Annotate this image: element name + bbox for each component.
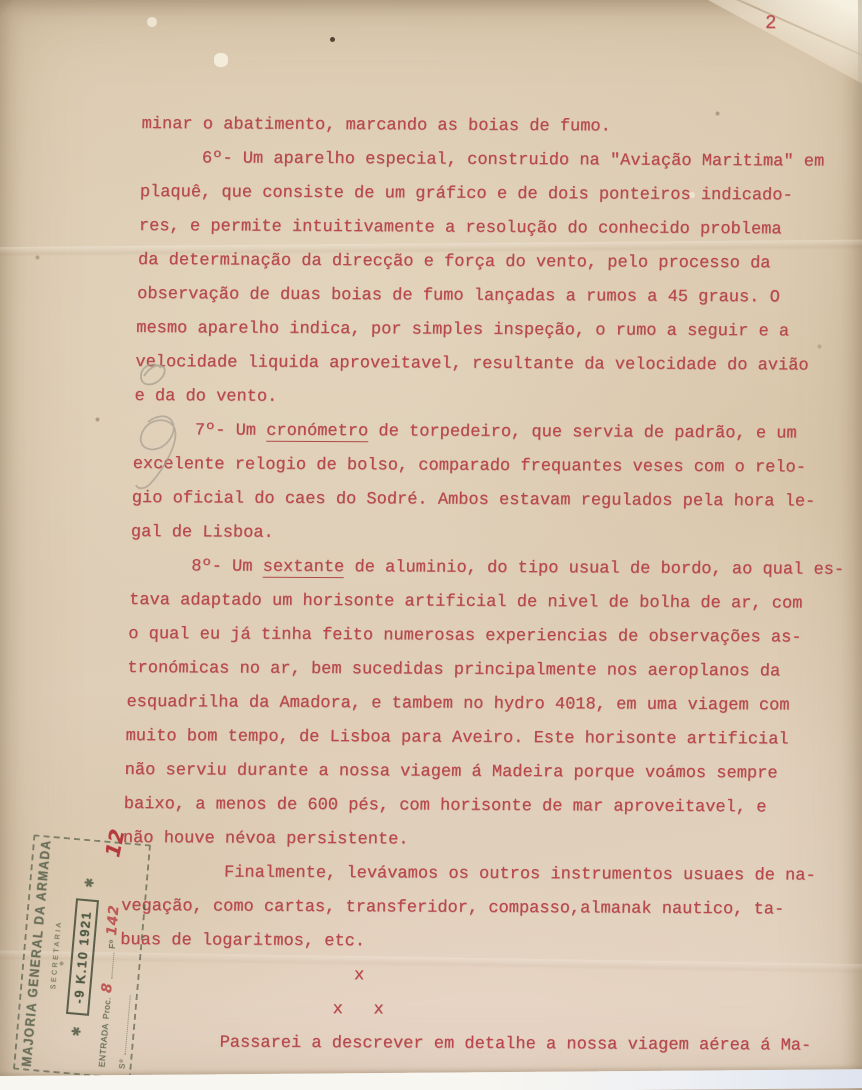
typed-line: minar o abatimento, marcando as boias de… <box>141 108 854 146</box>
typed-line: plaquê, que consiste de um gráfico e de … <box>139 176 852 214</box>
entry-stamp: MAJORIA GENERAL DA ARMADA SECRETARIA ✱ -… <box>13 834 151 1079</box>
stamp-blank-line <box>111 953 114 979</box>
pencil-scribble <box>118 356 190 496</box>
section-label: Sº <box>117 1058 127 1069</box>
proc-label: Proc. <box>100 996 112 1019</box>
typed-line: e da do vento. <box>134 380 847 418</box>
typed-line: observação de duas boias de fumo lançada… <box>137 278 850 316</box>
typed-line: baixo, a menos de 600 pés, com horisonte… <box>123 788 836 826</box>
typed-line: buas de logaritmos, etc. <box>120 924 833 962</box>
typed-line: Passarei a descrever em detalhe a nossa … <box>117 1026 830 1064</box>
handwritten-proc-number: 8 <box>102 982 111 993</box>
asterisk-icon: ✱ <box>82 877 97 888</box>
typed-line: gal de Lisboa. <box>130 516 843 554</box>
stamp-department: SECRETARIA <box>50 920 63 990</box>
typed-line: x x <box>118 992 831 1030</box>
typed-text-block: minar o abatimento, marcando as boias de… <box>117 108 854 1064</box>
stamp-border: MAJORIA GENERAL DA ARMADA SECRETARIA ✱ -… <box>13 834 151 1079</box>
typed-line: 6º- Um aparelho especial, construido na … <box>140 142 853 180</box>
page-number: 2 <box>765 12 776 34</box>
typed-line: velocidade liquida aproveitavel, resulta… <box>135 346 848 384</box>
stamp-blank-line <box>125 996 131 1056</box>
typed-line: o qual eu já tinha feito numerosas exper… <box>128 618 841 656</box>
typed-line: esquadrilha da Amadora, e tambem no hydr… <box>126 686 839 724</box>
folio-label: Fº <box>106 939 117 949</box>
scan-edge-right <box>858 0 862 160</box>
typed-line: vegação, como cartas, transferidor, comp… <box>121 890 834 928</box>
typed-line: da determinação da direcção e força do v… <box>138 244 851 282</box>
stamp-date: -9 K.10 1921 <box>66 899 99 1016</box>
typed-line: res, e permite intuitivamente a resoluçã… <box>138 210 851 248</box>
typed-line: muito bom tempo, de Lisboa para Aveiro. … <box>125 720 838 758</box>
typed-line: 8º- Um sextante de aluminio, do tipo usu… <box>130 550 843 588</box>
typed-line: excelente relogio de bolso, comparado fr… <box>132 448 845 486</box>
stamp-section-row: Sº <box>117 995 132 1069</box>
typed-line: não houve névoa persistente. <box>122 822 835 860</box>
entrada-label: ENTRADA <box>96 1023 110 1068</box>
typed-line: tronómicas no ar, bem sucedidas principa… <box>127 652 840 690</box>
typed-line: x <box>119 958 832 996</box>
typed-line: tava adaptado um horisonte artificial de… <box>129 584 842 622</box>
asterisk-icon: ✱ <box>69 1026 84 1037</box>
typed-line: não serviu durante a nossa viagem á Made… <box>124 754 837 792</box>
scanned-document-page: 2 minar o abatimento, marcando as boias … <box>0 0 862 1090</box>
typed-line: mesmo aparelho indica, por simples inspe… <box>136 312 849 350</box>
typed-line: 7º- Um cronómetro de torpedeiro, que ser… <box>133 414 846 452</box>
handwritten-folio-number: 142 <box>108 905 119 936</box>
stamp-date-row: ✱ -9 K.10 1921 ✱ <box>64 877 101 1038</box>
typed-line: Finalmente, levávamos os outros instrume… <box>122 856 835 894</box>
typed-line: gio oficial do caes do Sodré. Ambos esta… <box>131 482 844 520</box>
paper-chips <box>0 0 4 4</box>
